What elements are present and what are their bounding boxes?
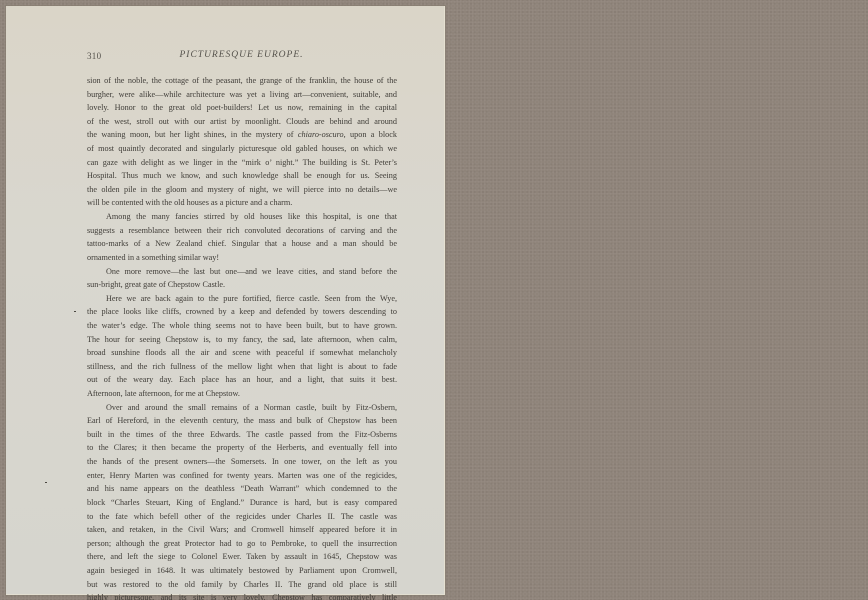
text-line: sion of the noble, the cottage of the pe…: [87, 74, 397, 88]
text-line: sun-bright, great gate of Chepstow Castl…: [87, 278, 397, 292]
text-line: of the west, stroll out with our artist …: [87, 115, 397, 129]
text-line: lovely. Honor to the great old poet-buil…: [87, 101, 397, 115]
text-line: again besieged in 1648. It was ultimatel…: [87, 564, 397, 578]
text-line: Here we are back again to the pure forti…: [87, 292, 397, 306]
text-line: tattoo-marks of a New Zealand chief. Sin…: [87, 237, 397, 251]
text-line: to the Clares; it then became the proper…: [87, 441, 397, 455]
text-line: Over and around the small remains of a N…: [87, 401, 397, 415]
text-line: Afternoon, late afternoon, for me at Che…: [87, 387, 397, 401]
text-line: but was restored to the old family by Ch…: [87, 578, 397, 592]
text-run: , upon a block: [344, 130, 397, 139]
text-line: the hands of the present owners—the Some…: [87, 455, 397, 469]
italic-term: chiaro-oscuro: [298, 130, 344, 139]
text-line: the place looks like cliffs, crowned by …: [87, 305, 397, 319]
text-line: Earl of Hereford, in the eleventh centur…: [87, 414, 397, 428]
text-line: The hour for seeing Chepstow is, to my f…: [87, 333, 397, 347]
body-text: sion of the noble, the cottage of the pe…: [87, 74, 397, 600]
text-line: Hospital. Thus much we know, and such kn…: [87, 169, 397, 183]
text-line: will be contented with the old houses as…: [87, 196, 397, 210]
text-run: the waning moon, but her light shines, i…: [87, 130, 298, 139]
text-line: there, and left the siege to Colonel Ewe…: [87, 550, 397, 564]
text-line: suggests a resemblance between their ric…: [87, 224, 397, 238]
running-head: 310 PICTURESQUE EUROPE.: [87, 51, 396, 65]
text-line: block “Charles Steuart, King of England.…: [87, 496, 397, 510]
text-line: taken, and retaken, in the Civil Wars; a…: [87, 523, 397, 537]
text-line: highly picturesque, and its site is very…: [87, 591, 397, 600]
text-line: and his name appears on the deathless “D…: [87, 482, 397, 496]
text-line: built in the times of the three Edwards.…: [87, 428, 397, 442]
text-line: ornamented in a something similar way!: [87, 251, 397, 265]
running-head-title: PICTURESQUE EUROPE.: [87, 50, 396, 60]
text-line: can gaze with delight as we linger in th…: [87, 156, 397, 170]
text-line: enter, Henry Marten was confined for twe…: [87, 469, 397, 483]
text-line: stillness, and the rich fullness of the …: [87, 360, 397, 374]
text-line: out of the weary day. Each place has an …: [87, 373, 397, 387]
text-line: Among the many fancies stirred by old ho…: [87, 210, 397, 224]
text-line: person; although the great Protector had…: [87, 537, 397, 551]
margin-speck: [74, 311, 76, 312]
margin-speck: [45, 482, 47, 483]
text-line: broad sunshine floods all the air and sc…: [87, 346, 397, 360]
text-line: One more remove—the last but one—and we …: [87, 265, 397, 279]
text-line: burgher, were alike—while architecture w…: [87, 88, 397, 102]
text-line: the water’s edge. The whole thing seems …: [87, 319, 397, 333]
text-line: of most quaintly decorated and singularl…: [87, 142, 397, 156]
text-line: the waning moon, but her light shines, i…: [87, 128, 397, 142]
text-line: to the fate which befell other of the re…: [87, 510, 397, 524]
book-page: 310 PICTURESQUE EUROPE. sion of the nobl…: [6, 6, 445, 595]
text-line: the olden pile in the gloom and mystery …: [87, 183, 397, 197]
